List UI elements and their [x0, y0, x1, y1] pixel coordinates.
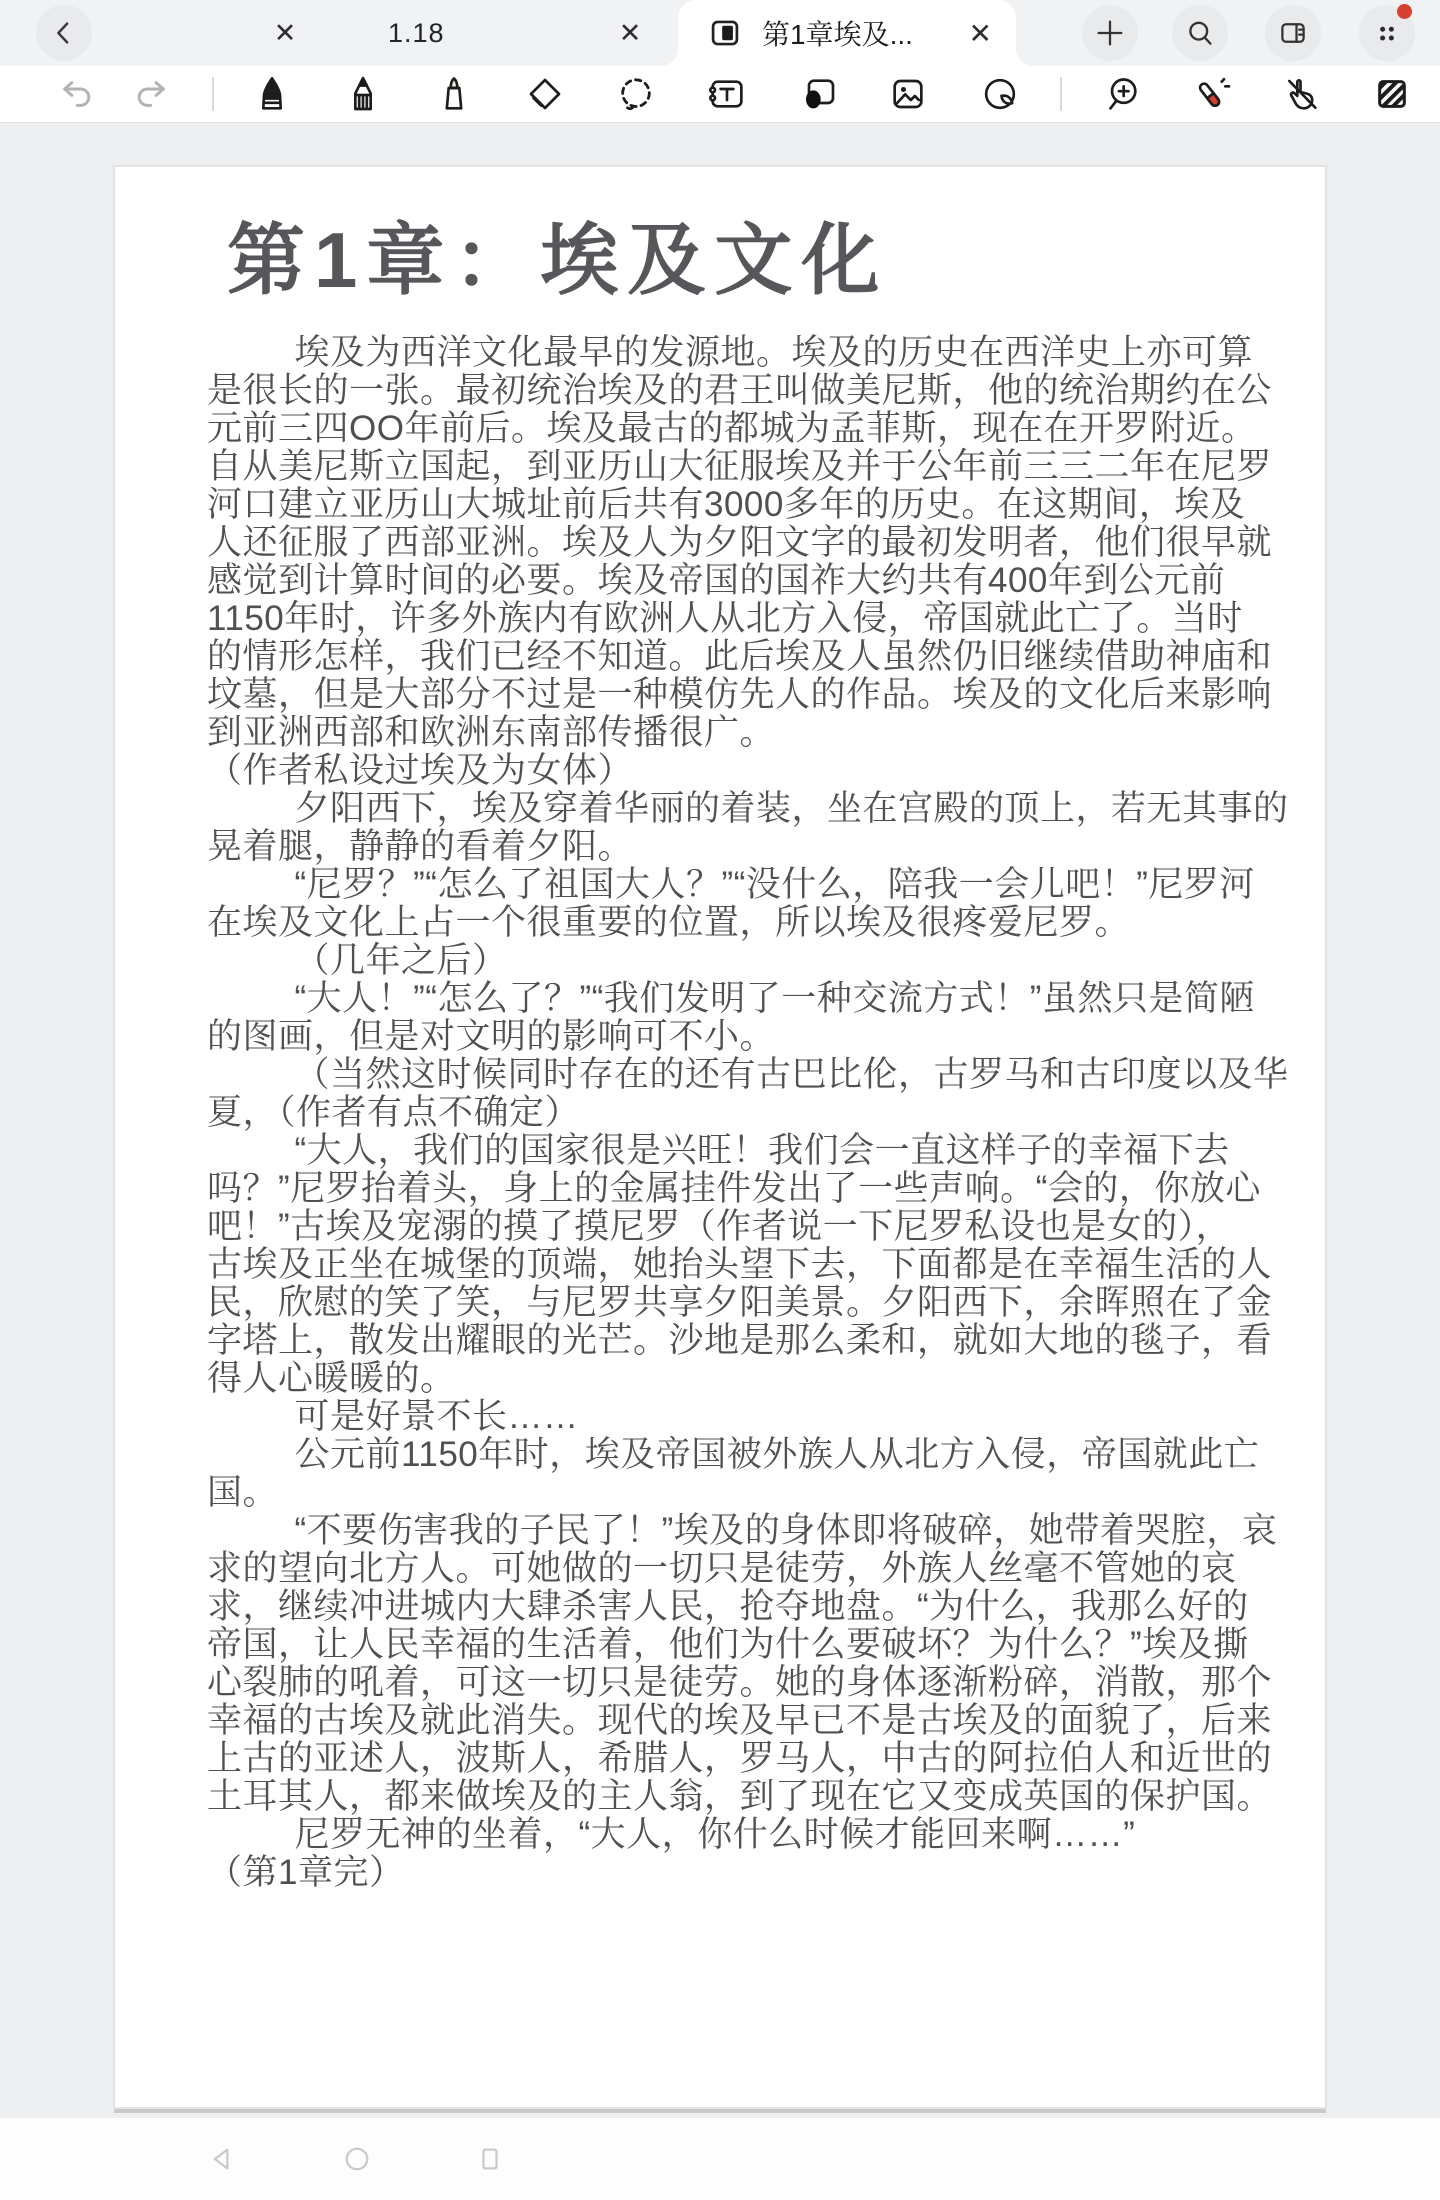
text-line: 国。 [207, 1474, 1301, 1512]
text-line: 幸福的古埃及就此消失。现代的埃及早已不是古埃及的面貌了，后来 [207, 1702, 1301, 1740]
redo-icon [130, 74, 170, 114]
image-tool[interactable] [885, 71, 931, 117]
tab-item-active[interactable]: 第1章埃及... ✕ [678, 0, 1016, 66]
zoom-in-icon [1104, 74, 1144, 114]
home-circle-icon [342, 2144, 372, 2174]
page-thumbnail-icon [708, 16, 742, 50]
close-tab-active-button[interactable]: ✕ [969, 17, 992, 50]
notification-badge [1397, 4, 1412, 19]
split-panel-icon [1278, 18, 1308, 48]
plus-icon [1094, 17, 1126, 49]
document-lines: 埃及为西洋文化最早的发源地。埃及的历史在西洋史上亦可算是很长的一张。最初统治埃及… [207, 334, 1301, 1892]
sticker-tape-tool[interactable] [977, 71, 1023, 117]
tab-bar: ✕ 1.18 ✕ 第1章埃及... ✕ [0, 0, 1440, 66]
toolbar-divider [1060, 77, 1062, 111]
text-line: 到亚洲西部和欧洲东南部传播很广。 [207, 714, 1301, 752]
text-line: 尼罗无神的坐着，“大人，你什么时候才能回来啊……” [207, 1816, 1301, 1854]
chevron-left-icon [49, 18, 79, 48]
text-line: 心裂肺的吼着，可这一切只是徒劳。她的身体逐渐粉碎，消散，那个 [207, 1664, 1301, 1702]
text-line: （作者私设过埃及为女体） [207, 752, 1301, 790]
pen-toolbar [0, 66, 1440, 123]
text-line: 土耳其人，都来做埃及的主人翁，到了现在它又变成英国的保护国。 [207, 1778, 1301, 1816]
eraser-icon [525, 74, 565, 114]
pattern-fill-icon [1372, 74, 1412, 114]
text-line: 的图画，但是对文明的影响可不小。 [207, 1018, 1301, 1056]
text-line: （几年之后） [207, 942, 1301, 980]
correction-pen-tool[interactable] [1189, 71, 1235, 117]
text-line: 河口建立亚历山大城址前后共有3000多年的历史。在这期间，埃及 [207, 486, 1301, 524]
search-button[interactable] [1172, 5, 1228, 61]
tab-item-1-label[interactable]: 1.18 [388, 0, 445, 66]
text-line: “不要伤害我的子民了！”埃及的身体即将破碎，她带着哭腔，哀 [207, 1512, 1301, 1550]
text-line: 上古的亚述人，波斯人，希腊人，罗马人，中古的阿拉伯人和近世的 [207, 1740, 1301, 1778]
image-icon [888, 74, 928, 114]
page-title: 第1章：埃及文化 [227, 217, 1299, 304]
text-line: （当然这时候同时存在的还有古巴比伦，古罗马和古印度以及华 [207, 1056, 1301, 1094]
pencil-icon [343, 74, 383, 114]
shapes-tool[interactable] [795, 71, 841, 117]
text-line: 夕阳西下，埃及穿着华丽的着装，坐在宫殿的顶上，若无其事的 [207, 790, 1301, 828]
marker-icon [434, 74, 474, 114]
undo-button[interactable] [55, 71, 101, 117]
text-line: 元前三四OO年前后。埃及最古的都城为孟菲斯，现在在开罗附近。 [207, 410, 1301, 448]
toolbar-divider [212, 77, 214, 111]
back-button[interactable] [36, 5, 92, 61]
text-line: 是很长的一张。最初统治埃及的君王叫做美尼斯，他的统治期约在公 [207, 372, 1301, 410]
text-line: 夏，（作者有点不确定） [207, 1094, 1301, 1132]
text-line: 自从美尼斯立国起，到亚历山大征服埃及并于公年前三三二年在尼罗 [207, 448, 1301, 486]
split-view-button[interactable] [1265, 5, 1321, 61]
pattern-fill-tool[interactable] [1369, 71, 1415, 117]
undo-icon [58, 74, 98, 114]
text-line: 坟墓，但是大部分不过是一种模仿先人的作品。埃及的文化后来影响 [207, 676, 1301, 714]
text-line: 吗？”尼罗抬着头，身上的金属挂件发出了一些声响。“会的，你放心 [207, 1170, 1301, 1208]
text-line: 古埃及正坐在城堡的顶端，她抬头望下去，下面都是在幸福生活的人 [207, 1246, 1301, 1284]
palm-rejection-icon [1282, 74, 1322, 114]
text-line: 的情形怎样，我们已经不知道。此后埃及人虽然仍旧继续借助神庙和 [207, 638, 1301, 676]
sticker-tape-icon [980, 74, 1020, 114]
text-line: 民，欣慰的笑了笑，与尼罗共享夕阳美景。夕阳西下，余晖照在了金 [207, 1284, 1301, 1322]
fountain-pen-tool[interactable] [249, 71, 295, 117]
back-triangle-icon [208, 2144, 238, 2174]
text-line: “大人！”“怎么了？”“我们发明了一种交流方式！”虽然只是简陋 [207, 980, 1301, 1018]
close-tab-hidden-button[interactable]: ✕ [263, 0, 307, 66]
text-line: 求的望向北方人。可她做的一切只是徒劳，外族人丝毫不管她的哀 [207, 1550, 1301, 1588]
text-line: 可是好景不长…… [207, 1398, 1301, 1436]
lasso-icon [616, 74, 656, 114]
palm-rejection-tool[interactable] [1279, 71, 1325, 117]
fountain-pen-icon [252, 74, 292, 114]
text-line: 感觉到计算时间的必要。埃及帝国的国祚大约共有400年到公元前 [207, 562, 1301, 600]
zoom-in-tool[interactable] [1101, 71, 1147, 117]
close-tab-1-button[interactable]: ✕ [608, 0, 652, 66]
text-tool-icon [707, 74, 747, 114]
recents-square-icon [475, 2144, 505, 2174]
text-line: 得人心暖暖的。 [207, 1360, 1301, 1398]
redo-button[interactable] [127, 71, 173, 117]
eraser-tool[interactable] [522, 71, 568, 117]
marker-tool[interactable] [431, 71, 477, 117]
lasso-tool[interactable] [613, 71, 659, 117]
nav-back-button[interactable] [206, 2142, 240, 2176]
text-line: （第1章完） [207, 1854, 1301, 1892]
text-line: “尼罗？”“怎么了祖国大人？”“没什么，陪我一会儿吧！”尼罗河 [207, 866, 1301, 904]
text-line: 1150年时，许多外族内有欧洲人从北方入侵，帝国就此亡了。当时 [207, 600, 1301, 638]
text-line: 人还征服了西部亚洲。埃及人为夕阳文字的最初发明者，他们很早就 [207, 524, 1301, 562]
text-line: 在埃及文化上占一个很重要的位置，所以埃及很疼爱尼罗。 [207, 904, 1301, 942]
tab-active-label: 第1章埃及... [762, 13, 913, 53]
text-line: 公元前1150年时，埃及帝国被外族人从北方入侵，帝国就此亡 [207, 1436, 1301, 1474]
text-line: 帝国，让人民幸福的生活着，他们为什么要破坏？为什么？”埃及撕 [207, 1626, 1301, 1664]
nav-home-button[interactable] [340, 2142, 374, 2176]
text-line: 求，继续冲进城内大肆杀害人民，抢夺地盘。“为什么，我那么好的 [207, 1588, 1301, 1626]
text-line: “大人，我们的国家很是兴旺！我们会一直这样子的幸福下去 [207, 1132, 1301, 1170]
android-nav-bar [0, 2118, 1440, 2200]
nav-recents-button[interactable] [473, 2142, 507, 2176]
text-line: 字塔上，散发出耀眼的光芒。沙地是那么柔和，就如大地的毯子，看 [207, 1322, 1301, 1360]
pencil-tool[interactable] [340, 71, 386, 117]
document-page[interactable]: 第1章：埃及文化 埃及为西洋文化最早的发源地。埃及的历史在西洋史上亦可算是很长的… [113, 165, 1327, 2109]
correction-pen-icon [1192, 74, 1232, 114]
four-dots-icon [1372, 18, 1402, 48]
shapes-icon [798, 74, 838, 114]
text-line: 晃着腿，静静的看着夕阳。 [207, 828, 1301, 866]
magnifier-icon [1185, 18, 1215, 48]
note-canvas[interactable]: 第1章：埃及文化 埃及为西洋文化最早的发源地。埃及的历史在西洋史上亦可算是很长的… [0, 124, 1440, 2118]
new-tab-button[interactable] [1082, 5, 1138, 61]
text-tool[interactable] [704, 71, 750, 117]
text-line: 吧！”古埃及宠溺的摸了摸尼罗（作者说一下尼罗私设也是女的）， [207, 1208, 1301, 1246]
text-line: 埃及为西洋文化最早的发源地。埃及的历史在西洋史上亦可算 [207, 334, 1301, 372]
